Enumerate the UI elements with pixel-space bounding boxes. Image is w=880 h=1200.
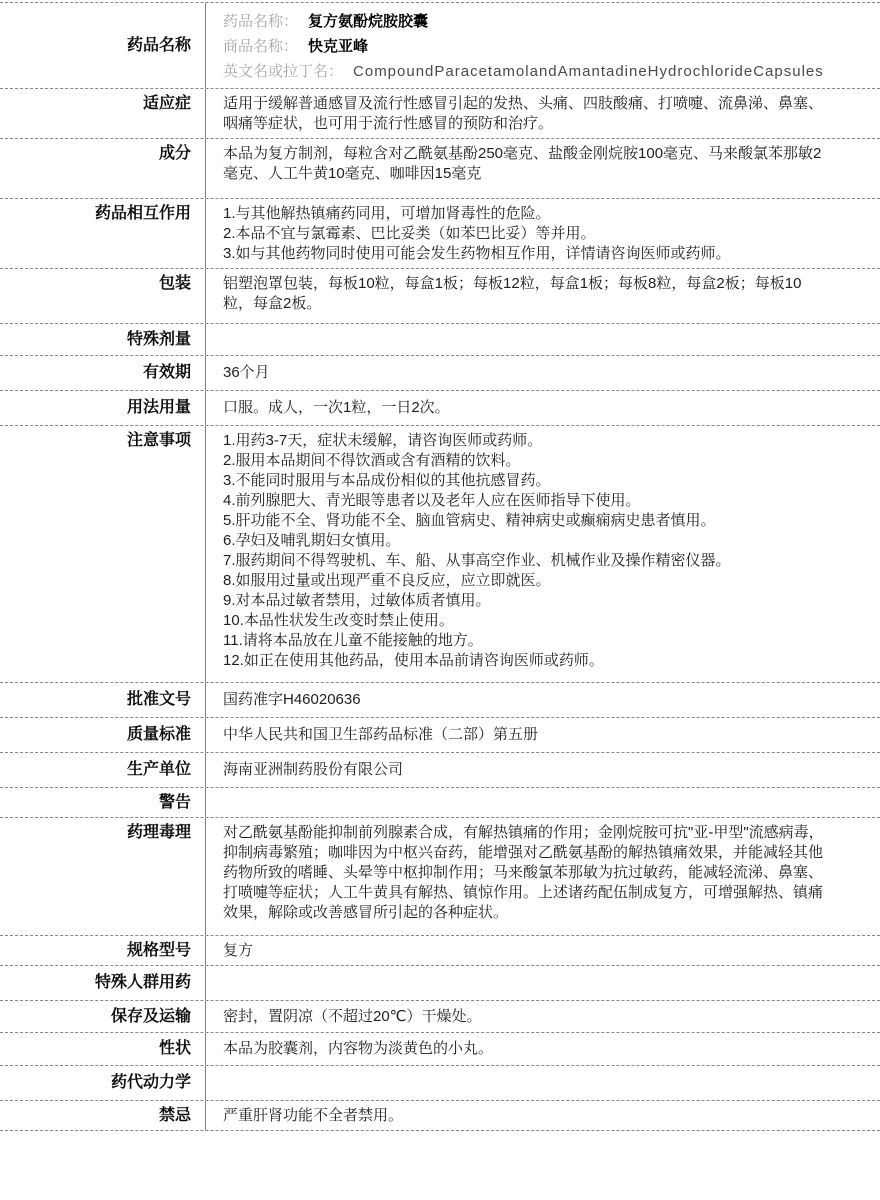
field-key: 英文名或拉丁名： (223, 63, 343, 80)
table-row-approval-number: 批准文号 国药准字H46020636 (0, 683, 880, 718)
row-content: 海南亚洲制药股份有限公司 (205, 753, 880, 787)
row-content: 密封，置阴凉（不超过20℃）干燥处。 (205, 1001, 880, 1032)
row-label: 有效期 (0, 356, 205, 390)
table-row-manufacturer: 生产单位 海南亚洲制药股份有限公司 (0, 753, 880, 788)
row-label: 保存及运输 (0, 1001, 205, 1032)
row-label: 性状 (0, 1033, 205, 1065)
row-content: 1.与其他解热镇痛药同用，可增加肾毒性的危险。 2.本品不宜与氯霉素、巴比妥类（… (205, 199, 880, 268)
list-item: 3.不能同时服用与本品成份相似的其他抗感冒药。 (223, 471, 825, 491)
table-row-special-dosage: 特殊剂量 (0, 324, 880, 356)
list-item: 5.肝功能不全、肾功能不全、脑血管病史、精神病史或癫痫病史患者慎用。 (223, 511, 825, 531)
table-row-dosage: 用法用量 口服。成人，一次1粒，一日2次。 (0, 391, 880, 426)
list-item: 2.服用本品期间不得饮酒或含有酒精的饮料。 (223, 451, 825, 471)
row-content: 铝塑泡罩包装，每板10粒，每盒1板；每板12粒，每盒1板；每板8粒，每盒2板；每… (205, 269, 880, 323)
row-label: 药品名称 (0, 3, 205, 88)
row-content: 对乙酰氨基酚能抑制前列腺素合成，有解热镇痛的作用；金刚烷胺可抗"亚-甲型"流感病… (205, 818, 880, 935)
table-row-interactions: 药品相互作用 1.与其他解热镇痛药同用，可增加肾毒性的危险。 2.本品不宜与氯霉… (0, 199, 880, 269)
list-item: 2.本品不宜与氯霉素、巴比妥类（如苯巴比妥）等并用。 (223, 224, 825, 244)
list-item: 1.与其他解热镇痛药同用，可增加肾毒性的危险。 (223, 204, 825, 224)
row-label: 批准文号 (0, 683, 205, 717)
table-row-precautions: 注意事项 1.用药3-7天，症状未缓解，请咨询医师或药师。 2.服用本品期间不得… (0, 426, 880, 683)
table-row-description: 性状 本品为胶囊剂，内容物为淡黄色的小丸。 (0, 1033, 880, 1066)
list-item: 6.孕妇及哺乳期妇女慎用。 (223, 531, 825, 551)
row-label: 注意事项 (0, 426, 205, 682)
list-item: 7.服药期间不得驾驶机、车、船、从事高空作业、机械作业及操作精密仪器。 (223, 551, 825, 571)
row-content: 复方 (205, 936, 880, 965)
row-label: 规格型号 (0, 936, 205, 965)
row-label: 特殊人群用药 (0, 966, 205, 1000)
field-drug-name: 药品名称：复方氨酚烷胺胶囊 (223, 9, 825, 34)
row-label: 药代动力学 (0, 1066, 205, 1100)
row-content (205, 324, 880, 355)
row-label: 成分 (0, 139, 205, 198)
row-content: 国药准字H46020636 (205, 683, 880, 717)
row-content: 36个月 (205, 356, 880, 390)
list-item: 12.如正在使用其他药品，使用本品前请咨询医师或药师。 (223, 651, 825, 671)
field-key: 药品名称： (223, 13, 298, 30)
row-content: 严重肝肾功能不全者禁用。 (205, 1101, 880, 1130)
list-item: 11.请将本品放在儿童不能接触的地方。 (223, 631, 825, 651)
table-row-warning: 警告 (0, 788, 880, 818)
row-content: 口服。成人，一次1粒，一日2次。 (205, 391, 880, 425)
list-item: 8.如服用过量或出现严重不良反应，应立即就医。 (223, 571, 825, 591)
row-label: 特殊剂量 (0, 324, 205, 355)
row-content (205, 966, 880, 1000)
drug-info-table: 药品名称 药品名称：复方氨酚烷胺胶囊 商品名称：快克亚峰 英文名或拉丁名：Com… (0, 2, 880, 1131)
table-row-storage: 保存及运输 密封，置阴凉（不超过20℃）干燥处。 (0, 1001, 880, 1033)
table-row-specification: 规格型号 复方 (0, 936, 880, 966)
field-english-name: 英文名或拉丁名：CompoundParacetamolandAmantadine… (223, 59, 825, 84)
row-content: 药品名称：复方氨酚烷胺胶囊 商品名称：快克亚峰 英文名或拉丁名：Compound… (205, 3, 880, 88)
field-value: 快克亚峰 (308, 38, 368, 55)
row-content: 适用于缓解普通感冒及流行性感冒引起的发热、头痛、四肢酸痛、打喷嚏、流鼻涕、鼻塞、… (205, 89, 880, 138)
table-row-ingredients: 成分 本品为复方制剂，每粒含对乙酰氨基酚250毫克、盐酸金刚烷胺100毫克、马来… (0, 139, 880, 199)
row-label: 适应症 (0, 89, 205, 138)
row-label: 警告 (0, 788, 205, 817)
table-row-shelf-life: 有效期 36个月 (0, 356, 880, 391)
list-item: 3.如与其他药物同时使用可能会发生药物相互作用，详情请咨询医师或药师。 (223, 244, 825, 264)
field-value: 复方氨酚烷胺胶囊 (308, 13, 428, 30)
row-content (205, 788, 880, 817)
row-label: 生产单位 (0, 753, 205, 787)
row-content: 本品为复方制剂，每粒含对乙酰氨基酚250毫克、盐酸金刚烷胺100毫克、马来酸氯苯… (205, 139, 880, 198)
list-item: 4.前列腺肥大、青光眼等患者以及老年人应在医师指导下使用。 (223, 491, 825, 511)
row-content (205, 1066, 880, 1100)
row-content: 1.用药3-7天，症状未缓解，请咨询医师或药师。 2.服用本品期间不得饮酒或含有… (205, 426, 880, 682)
table-row-indications: 适应症 适用于缓解普通感冒及流行性感冒引起的发热、头痛、四肢酸痛、打喷嚏、流鼻涕… (0, 89, 880, 139)
row-content: 本品为胶囊剂，内容物为淡黄色的小丸。 (205, 1033, 880, 1065)
row-label: 用法用量 (0, 391, 205, 425)
row-label: 禁忌 (0, 1101, 205, 1130)
table-row-pharmacokinetics: 药代动力学 (0, 1066, 880, 1101)
row-label: 药理毒理 (0, 818, 205, 935)
field-value: CompoundParacetamolandAmantadineHydrochl… (353, 63, 824, 80)
table-row-pharmacology: 药理毒理 对乙酰氨基酚能抑制前列腺素合成，有解热镇痛的作用；金刚烷胺可抗"亚-甲… (0, 818, 880, 936)
field-key: 商品名称： (223, 38, 298, 55)
list-item: 1.用药3-7天，症状未缓解，请咨询医师或药师。 (223, 431, 825, 451)
row-label: 包装 (0, 269, 205, 323)
row-content: 中华人民共和国卫生部药品标准（二部）第五册 (205, 718, 880, 752)
table-row-contraindications: 禁忌 严重肝肾功能不全者禁用。 (0, 1101, 880, 1131)
list-item: 9.对本品过敏者禁用，过敏体质者慎用。 (223, 591, 825, 611)
field-trade-name: 商品名称：快克亚峰 (223, 34, 825, 59)
table-row-quality-standard: 质量标准 中华人民共和国卫生部药品标准（二部）第五册 (0, 718, 880, 753)
row-label: 质量标准 (0, 718, 205, 752)
table-row-packaging: 包装 铝塑泡罩包装，每板10粒，每盒1板；每板12粒，每盒1板；每板8粒，每盒2… (0, 269, 880, 324)
list-item: 10.本品性状发生改变时禁止使用。 (223, 611, 825, 631)
table-row-special-populations: 特殊人群用药 (0, 966, 880, 1001)
row-label: 药品相互作用 (0, 199, 205, 268)
table-row-drug-name: 药品名称 药品名称：复方氨酚烷胺胶囊 商品名称：快克亚峰 英文名或拉丁名：Com… (0, 3, 880, 89)
